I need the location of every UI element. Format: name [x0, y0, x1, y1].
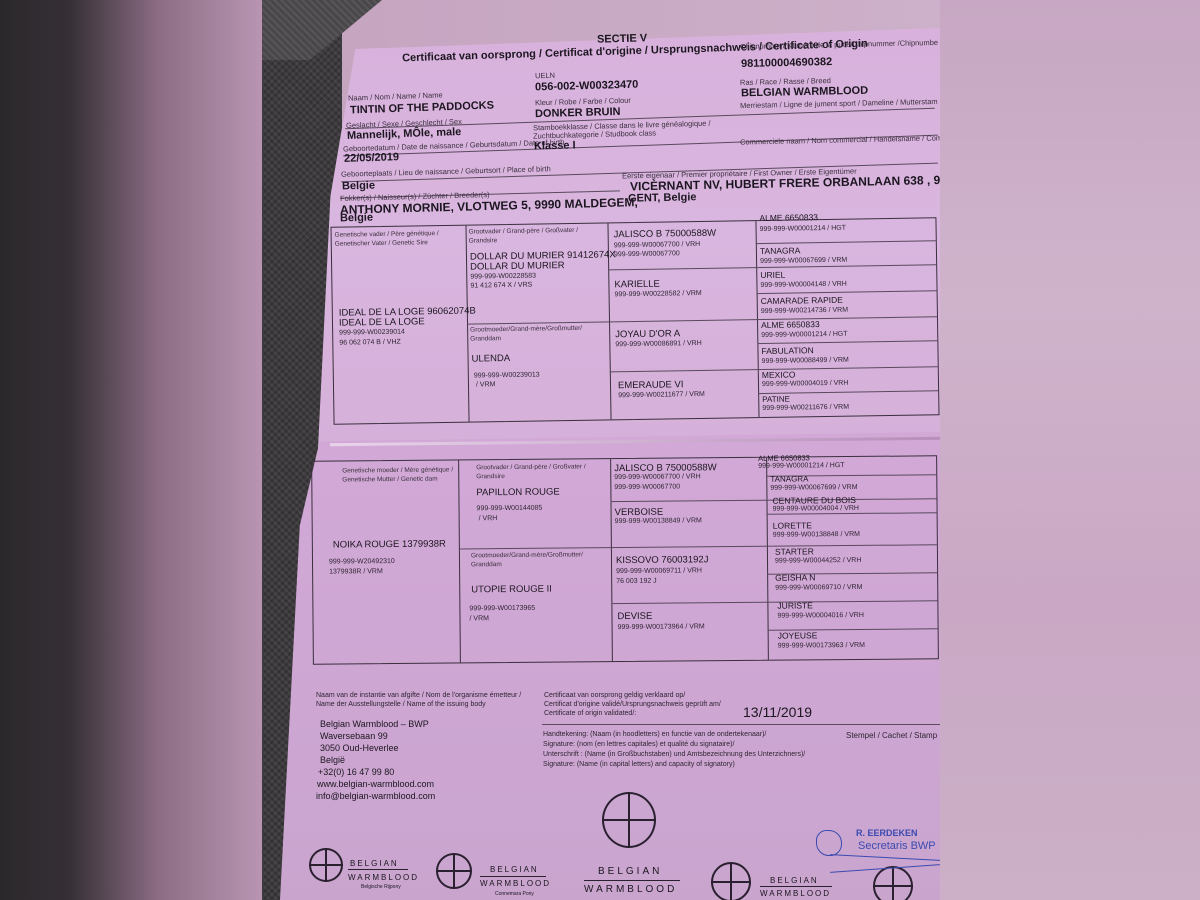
divider	[757, 340, 937, 344]
background-blur-left	[0, 0, 262, 900]
logo-divider	[480, 876, 546, 877]
grandsire-label-2: Grandsire	[469, 237, 498, 244]
logo-word-2: WARMBLOOD	[760, 889, 831, 898]
gen4-name: GEISHA N	[775, 572, 815, 582]
grandsire-label-1: Grootvader / Grand-père / Großvater /	[469, 227, 579, 236]
gen3-id: 999-999-W00228582 / VRM	[615, 290, 702, 298]
divider	[610, 459, 613, 661]
birthplace-value: Belgie	[342, 180, 375, 193]
maternal-granddam-id: 999-999-W00173965	[469, 605, 535, 613]
stamp-role: Secretaris BWP	[858, 840, 936, 852]
issuer-phone: +32(0) 16 47 99 80	[318, 767, 394, 777]
gen4-name: PATINE	[762, 395, 790, 404]
paternal-granddam-name: ULENDA	[471, 353, 510, 365]
divider	[756, 240, 936, 244]
stamp-name: R. EERDEKEN	[856, 828, 918, 838]
divider	[757, 290, 937, 294]
gen3-name: KISSOVO 76003192J	[616, 554, 709, 566]
grandsire-label-1: Grootvader / Grand-père / Großvater /	[476, 463, 586, 471]
issuer-email[interactable]: info@belgian-warmblood.com	[316, 791, 435, 801]
sire-studbook-id: 96 062 074 B / VHZ	[339, 339, 401, 347]
stamp-horse-icon	[816, 830, 842, 856]
gen3-name: VERBOISE	[615, 507, 664, 518]
granddam-label-1: Grootmoeder/Grand-mère/Großmutter/	[471, 551, 583, 559]
issuer-line: Waversebaan 99	[320, 731, 388, 741]
maternal-grandsire-id: 999-999-W00144085	[477, 505, 543, 513]
gen4-name: ALME 6650833	[758, 453, 810, 462]
signature-line: Signature: (nom (en lettres capitales) e…	[543, 741, 734, 748]
paternal-grandsire-id: 999-999-W00228583	[470, 273, 536, 281]
gen4-name: MEXICO	[762, 369, 796, 380]
dam-id: 999-999-W20492310	[329, 558, 395, 566]
gen4-id: 999-999-W00004016 / VRH	[777, 612, 863, 620]
gen4-name: TANAGRA	[770, 474, 808, 483]
gen4-id: 999-999-W00001214 / HGT	[758, 462, 844, 470]
maternal-grandsire-name: PAPILLON ROUGE	[476, 487, 559, 499]
ueln-label: UELN	[535, 71, 555, 81]
logo-subtitle: Belgische Rijpony	[361, 884, 401, 890]
gen3-id: 999-999-W00138849 / VRM	[615, 517, 702, 525]
dam-name: NOIKA ROUGE 1379938R	[333, 539, 446, 551]
issuer-line: België	[320, 755, 345, 765]
gen4-name: TANAGRA	[760, 245, 801, 256]
logo-divider	[760, 886, 832, 887]
gen3-id: 999-999-W00067700 / VRH	[614, 473, 700, 481]
logo-divider	[348, 869, 408, 870]
logo-word-1: BELGIAN	[490, 865, 539, 874]
owner-line-2: GENT, Belgie	[628, 191, 697, 204]
gen4-id: 999-999-W00001214 / HGT	[761, 331, 847, 339]
divider	[611, 600, 937, 604]
divider	[458, 460, 461, 662]
gen4-id: 999-999-W00044252 / VRH	[775, 557, 861, 565]
colour-value: DONKER BRUIN	[535, 106, 621, 120]
maternal-granddam-name: UTOPIE ROUGE II	[471, 584, 552, 596]
gen4-id: 999-999-W00067699 / VRM	[760, 257, 847, 265]
gen4-id: 999-999-W00067699 / VRM	[770, 484, 857, 492]
gen4-id: 999-999-W00004148 / VRH	[760, 281, 846, 289]
validation-label-1: Certificaat van oorsprong geldig verklaa…	[544, 692, 685, 699]
gen3-id-2: 76 003 192 J	[616, 578, 657, 585]
bwp-logo-icon	[309, 848, 343, 882]
signature-line: Handtekening: (Naam (in hoodletters) en …	[543, 731, 766, 738]
logo-divider	[584, 880, 680, 881]
gen3-name: JALISCO B 75000588W	[614, 462, 717, 474]
gen3-id: 999-999-W00173964 / VRM	[618, 623, 705, 631]
chip-value: 981100004690382	[741, 56, 832, 70]
issuer-label-2: Name der Ausstellungstelle / Name of the…	[316, 701, 486, 708]
granddam-label-2: Granddam	[470, 335, 501, 342]
maternal-granddam-studbook-id: / VRM	[469, 615, 489, 622]
gen4-name: URIEL	[760, 270, 785, 280]
divider	[459, 544, 937, 549]
paternal-grandsire-name-short: DOLLAR DU MURIER	[470, 260, 565, 272]
gen3-id-2: 999-999-W00067700	[614, 484, 680, 492]
bwp-logo-icon	[711, 862, 751, 900]
gen4-id: 999-999-W00069710 / VRM	[775, 584, 862, 592]
logo-word-1: BELGIAN	[598, 866, 662, 877]
logo-subtitle: Connemara Pony	[495, 891, 534, 897]
gen3-id: 999-999-W00067700 / VRH	[614, 241, 700, 249]
gen4-name: FABULATION	[761, 345, 813, 356]
validation-date: 13/11/2019	[743, 704, 812, 720]
logo-word-2: WARMBLOOD	[584, 884, 677, 895]
dam-label-2: Genetische Mutter / Genetic dam	[342, 476, 437, 484]
dam-pedigree-table: Genetische moeder / Mère génétique / Gen…	[311, 455, 939, 664]
logo-word-2: WARMBLOOD	[480, 879, 551, 888]
bwp-logo-icon	[873, 866, 913, 900]
issuer-line: 3050 Oud-Heverlee	[320, 743, 399, 753]
sire-pedigree-table: Genetische vader / Père génétique / Gene…	[330, 217, 939, 424]
gen4-name: JOYEUSE	[778, 630, 818, 640]
divider	[467, 316, 937, 324]
section-title: SECTIE V	[597, 32, 647, 45]
gen3-id-2: 999-999-W00067700	[614, 250, 680, 258]
granddam-label-1: Grootmoeder/Grand-mère/Großmutter/	[470, 325, 582, 334]
gen4-name: LORETTE	[773, 520, 812, 530]
paternal-grandsire-studbook-id: 91 412 674 X / VRS	[470, 282, 532, 290]
issuer-website[interactable]: www.belgian-warmblood.com	[317, 779, 434, 789]
gen4-name: STARTER	[775, 546, 814, 556]
sire-label-2: Genetischer Vater / Genetic Sire	[335, 239, 428, 247]
gen4-id: 999-999-W00214736 / VRM	[761, 307, 848, 315]
logo-word-1: BELGIAN	[770, 876, 819, 885]
gen4-name: CAMARADE RAPIDE	[761, 295, 843, 306]
gen3-name: DEVISE	[617, 611, 652, 622]
validation-label-3: Certificate of origin validated/:	[544, 710, 636, 717]
gen4-id: 999-999-W00004019 / VRH	[762, 380, 848, 388]
issuer-line: Belgian Warmblood – BWP	[320, 719, 429, 729]
gen3-id: 999-999-W00069711 / VRH	[616, 567, 702, 575]
studbook-value: Klasse I	[534, 139, 576, 152]
bwp-logo-icon	[436, 853, 472, 889]
gen4-id: 999-999-W00001214 / HGT	[760, 225, 846, 233]
validation-label-2: Certificat d'origine validé/Ursprungsnac…	[544, 701, 721, 708]
gen4-id: 999-999-W00004004 / VRH	[773, 505, 859, 513]
sire-id: 999-999-W00239014	[339, 329, 405, 337]
paternal-granddam-id: 999-999-W00239013	[474, 372, 540, 380]
logo-word-2: WARMBLOOD	[348, 873, 419, 882]
dam-label-1: Genetische moeder / Mère génétique /	[342, 466, 453, 474]
gen4-id: 999-999-W00138848 / VRM	[773, 531, 860, 539]
sire-name-short: IDEAL DE LA LOGE	[339, 316, 425, 328]
gen4-id: 999-999-W00211676 / VRM	[762, 404, 849, 412]
issuer-label-1: Naam van de instantie van afgifte / Nom …	[316, 692, 521, 699]
divider	[542, 724, 940, 725]
gen3-name: JALISCO B 75000588W	[614, 228, 717, 241]
gen4-name: ALME 6650833	[761, 319, 820, 330]
gen3-name: KARIELLE	[614, 279, 660, 291]
dam-studbook-id: 1379938R / VRM	[329, 568, 383, 575]
gen4-id: 999-999-W00173963 / VRM	[778, 642, 865, 650]
dob-value: 22/05/2019	[344, 151, 399, 165]
signature-line: Signature: (Name (in capital letters) an…	[543, 761, 735, 768]
background-blur-right-overlay	[940, 0, 1200, 900]
logo-word-1: BELGIAN	[350, 859, 399, 868]
gen4-id: 999-999-W00088499 / VRM	[762, 357, 849, 365]
breeder-line-2: Belgie	[340, 212, 373, 225]
stamp-label: Stempel / Cachet / Stamp	[846, 731, 937, 740]
signature-line: Unterschrift : (Name (in Großbuchstaben)…	[543, 751, 805, 758]
granddam-label-2: Granddam	[471, 561, 502, 568]
grandsire-label-2: Grandsire	[476, 473, 505, 480]
sire-label-1: Genetische vader / Père génétique /	[335, 230, 439, 239]
maternal-grandsire-studbook-id: / VRH	[479, 515, 498, 522]
gen3-name: JOYAU D'OR A	[615, 328, 680, 340]
divider	[767, 512, 937, 514]
gen3-name: EMERAUDE VI	[618, 379, 684, 391]
gen4-name: JURISTE	[777, 600, 813, 610]
gen3-id: 999-999-W00211677 / VRM	[618, 391, 705, 399]
gen3-id: 999-999-W00086891 / VRH	[615, 340, 701, 348]
paternal-granddam-studbook-id: / VRM	[476, 381, 496, 388]
gen4-name: ALME 6650833	[759, 212, 818, 223]
divider	[758, 390, 938, 394]
bwp-logo-icon	[602, 792, 656, 848]
